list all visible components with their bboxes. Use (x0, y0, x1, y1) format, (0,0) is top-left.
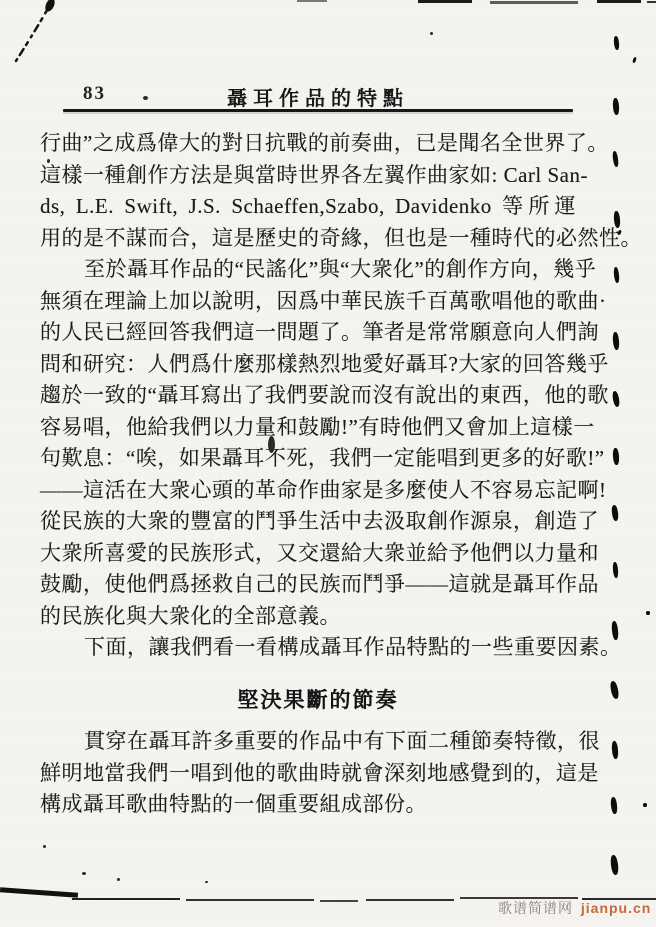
binding-ink-mark (611, 741, 619, 759)
scan-edge-line (0, 887, 78, 897)
scan-edge-dash (418, 0, 472, 3)
scan-edge-dash (490, 1, 578, 4)
binding-ink-mark (632, 57, 637, 64)
text-line: ds, L.E. Swift, J.S. Schaeffen,Szabo, Da… (40, 191, 576, 223)
text-line: ——這活在大衆心頭的革命作曲家是多麼使人不容易忘記啊! (40, 475, 576, 507)
ink-speck (430, 32, 433, 35)
text-line: 行曲”之成爲偉大的對日抗戰的前奏曲，已是聞名全世界了。 (40, 128, 576, 160)
watermark-site-url: jianpu.cn (581, 900, 651, 916)
scan-edge-dash (297, 0, 327, 2)
text-line: 用的是不謀而合，這是歷史的奇緣，但也是一種時代的必然性。 (40, 223, 576, 255)
ink-speck (82, 872, 86, 875)
binding-ink-mark (612, 151, 619, 168)
scan-edge-dash (647, 1, 656, 3)
binding-ink-mark (612, 332, 620, 350)
section-heading: 堅決果斷的節奏 (63, 684, 573, 714)
text-line: 鮮明地當我們一唱到他的歌曲時就會深刻地感覺到的，這是 (40, 758, 576, 790)
header-rule (63, 109, 573, 112)
corner-scratch-mark (0, 0, 80, 80)
binding-ink-mark (610, 797, 618, 815)
text-line: 問和研究：人們爲什麼那樣熱烈地愛好聶耳?大家的回答幾乎 (40, 349, 576, 381)
closing-paragraph: 貫穿在聶耳許多重要的作品中有下面二種節奏特徵，很鮮明地當我們一唱到他的歌曲時就會… (40, 726, 576, 821)
text-line: 句歎息：“唉，如果聶耳不死，我們一定能唱到更多的好歌!” (40, 443, 576, 475)
binding-ink-mark (646, 611, 650, 615)
watermark: 歌谱简谱网 jianpu.cn (498, 898, 651, 918)
binding-ink-mark (613, 211, 620, 228)
text-line: 這樣一種創作方法是與當時世界各左翼作曲家如: Carl San- (40, 160, 576, 192)
text-line: 大衆所喜愛的民族形式，又交還給大衆並給予他們以力量和 (40, 538, 576, 570)
running-title: 聶耳作品的特點 (63, 82, 573, 111)
text-line: 下面，讓我們看一看構成聶耳作品特點的一些重要因素。 (40, 632, 576, 664)
ink-speck (43, 845, 46, 848)
text-line: 容易唱，他給我們以力量和鼓勵!”有時他們又會加上這樣一 (40, 412, 576, 444)
binding-ink-mark (610, 855, 619, 876)
text-line: 的民族化與大衆化的全部意義。 (40, 601, 576, 633)
binding-ink-mark (643, 803, 647, 807)
binding-ink-mark (612, 391, 621, 408)
main-paragraphs: 行曲”之成爲偉大的對日抗戰的前奏曲，已是聞名全世界了。這樣一種創作方法是與當時世… (40, 128, 576, 664)
binding-ink-mark (612, 562, 618, 578)
text-line: 無須在理論上加以說明，因爲中華民族千百萬歌唱他的歌曲· (40, 286, 576, 318)
ink-speck (117, 878, 120, 881)
binding-ink-mark (609, 680, 620, 699)
text-line: 鼓勵，使他們爲拯救自己的民族而鬥爭——這就是聶耳作品 (40, 569, 576, 601)
text-line: 貫穿在聶耳許多重要的作品中有下面二種節奏特徵，很 (40, 726, 576, 758)
scan-edge-line (186, 899, 314, 901)
scan-edge-line (72, 898, 180, 900)
binding-ink-mark (613, 267, 620, 283)
binding-ink-mark (612, 98, 619, 115)
scan-edge-line (366, 899, 454, 901)
page-number: 83 (83, 83, 106, 105)
watermark-site-name: 歌谱简谱网 (498, 900, 573, 916)
text-line: 構成聶耳歌曲特點的一個重要組成部份。 (40, 789, 576, 821)
text-line: 的人民已經回答我們這一問題了。筆者是常常願意向人們詢 (40, 317, 576, 349)
ink-speck (268, 436, 275, 453)
ink-speck (47, 159, 50, 163)
text-line: 至於聶耳作品的“民謠化”與“大衆化”的創作方向，幾乎 (40, 254, 576, 286)
binding-ink-mark (612, 448, 619, 465)
binding-ink-mark (611, 505, 619, 522)
binding-ink-mark (613, 36, 619, 50)
text-line: 趨於一致的“聶耳寫出了我們要說而沒有說出的東西，他的歌 (40, 380, 576, 412)
ink-speck (205, 881, 208, 883)
scan-edge-line (320, 900, 358, 902)
page-header: 83 聶耳作品的特點 (63, 82, 573, 108)
text-line: 從民族的大衆的豐富的鬥爭生活中去汲取創作源泉，創造了 (40, 506, 576, 538)
ink-speck (143, 96, 148, 100)
scanned-book-page: 83 聶耳作品的特點 行曲”之成爲偉大的對日抗戰的前奏曲，已是聞名全世界了。這樣… (0, 0, 656, 927)
scan-edge-dash (597, 0, 641, 3)
